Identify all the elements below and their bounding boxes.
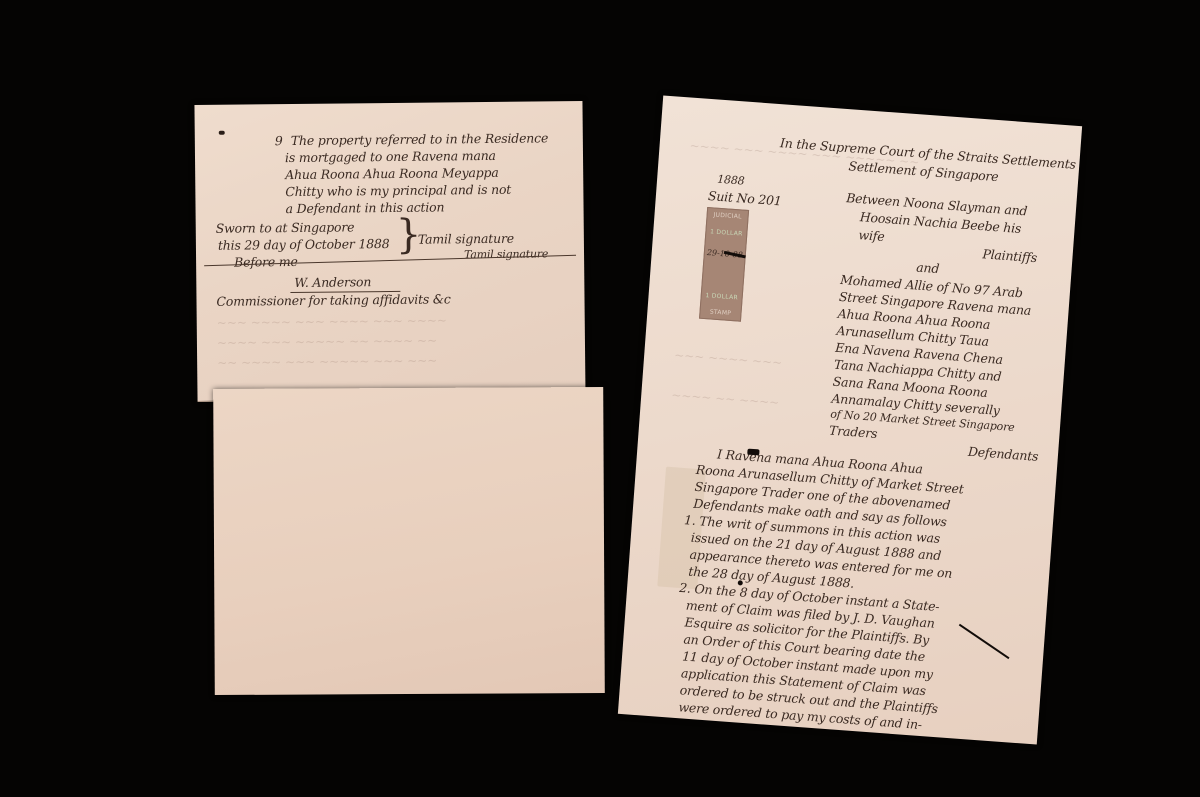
bleed-through-text: ~~~~ ~~ ~~~~ — [671, 387, 780, 411]
deponent-signature: Tamil signature — [464, 246, 548, 262]
bleed-through-text: ~~~~ ~~~ ~~~~~ ~~ ~~~~ ~~ — [217, 333, 437, 351]
jurat-line: Sworn to at Singapore — [216, 218, 355, 236]
suit-year: 1888 — [717, 172, 745, 189]
stamp-value: 1 DOLLAR — [706, 228, 746, 238]
bleed-through-text: ~~~ ~~~~ ~~~ — [674, 347, 783, 371]
defendants-label: Defendants — [967, 443, 1038, 465]
stamp-footer: STAMP — [700, 308, 740, 318]
stamp-header: JUDICIAL — [707, 211, 747, 221]
paragraph-line: Chitty who is my principal and is not — [285, 181, 511, 200]
deponent-signature: Tamil signature — [418, 230, 514, 248]
affidavit-page-left-bottom — [213, 387, 605, 695]
judicial-stamp: JUDICIAL 1 DOLLAR 29-10-88 1 DOLLAR STAM… — [699, 207, 749, 322]
paragraph-number: 9 — [275, 132, 283, 149]
commissioner-signature: W. Anderson — [294, 273, 371, 291]
paragraph-line: The property referred to in the Residenc… — [291, 129, 548, 149]
suit-number: Suit No 201 — [707, 187, 782, 209]
plaintiffs-label: Plaintiffs — [982, 245, 1038, 266]
affidavit-page-left-top: 9 The property referred to in the Reside… — [194, 101, 585, 402]
jurat-line: this 29 day of October 1888 — [218, 235, 390, 254]
plaintiff-line: wife — [858, 226, 885, 245]
jurat-line: Before me — [234, 253, 298, 271]
paper-hole — [747, 449, 759, 456]
affidavit-page-right: ~~~~ ~~~ ~~~~ ~~~ ~~~~~ ~~ ~~~ ~~~~ ~~~ … — [618, 95, 1082, 744]
stamp-value: 1 DOLLAR — [701, 292, 741, 302]
bleed-through-text: ~~~ ~~~~ ~~~ ~~~~ ~~~ ~~~~ — [217, 312, 447, 330]
bleed-through-text: ~~ ~~~~ ~~~ ~~~~~ ~~~ ~~~ — [217, 353, 437, 371]
paper-tear — [959, 624, 1010, 659]
defendant-line: Traders — [829, 422, 878, 442]
commissioner-title: Commissioner for taking affidavits &c — [216, 290, 450, 309]
paragraph-line: is mortgaged to one Ravena mana — [285, 147, 496, 166]
punch-hole — [219, 131, 225, 135]
and-label: and — [916, 258, 940, 277]
